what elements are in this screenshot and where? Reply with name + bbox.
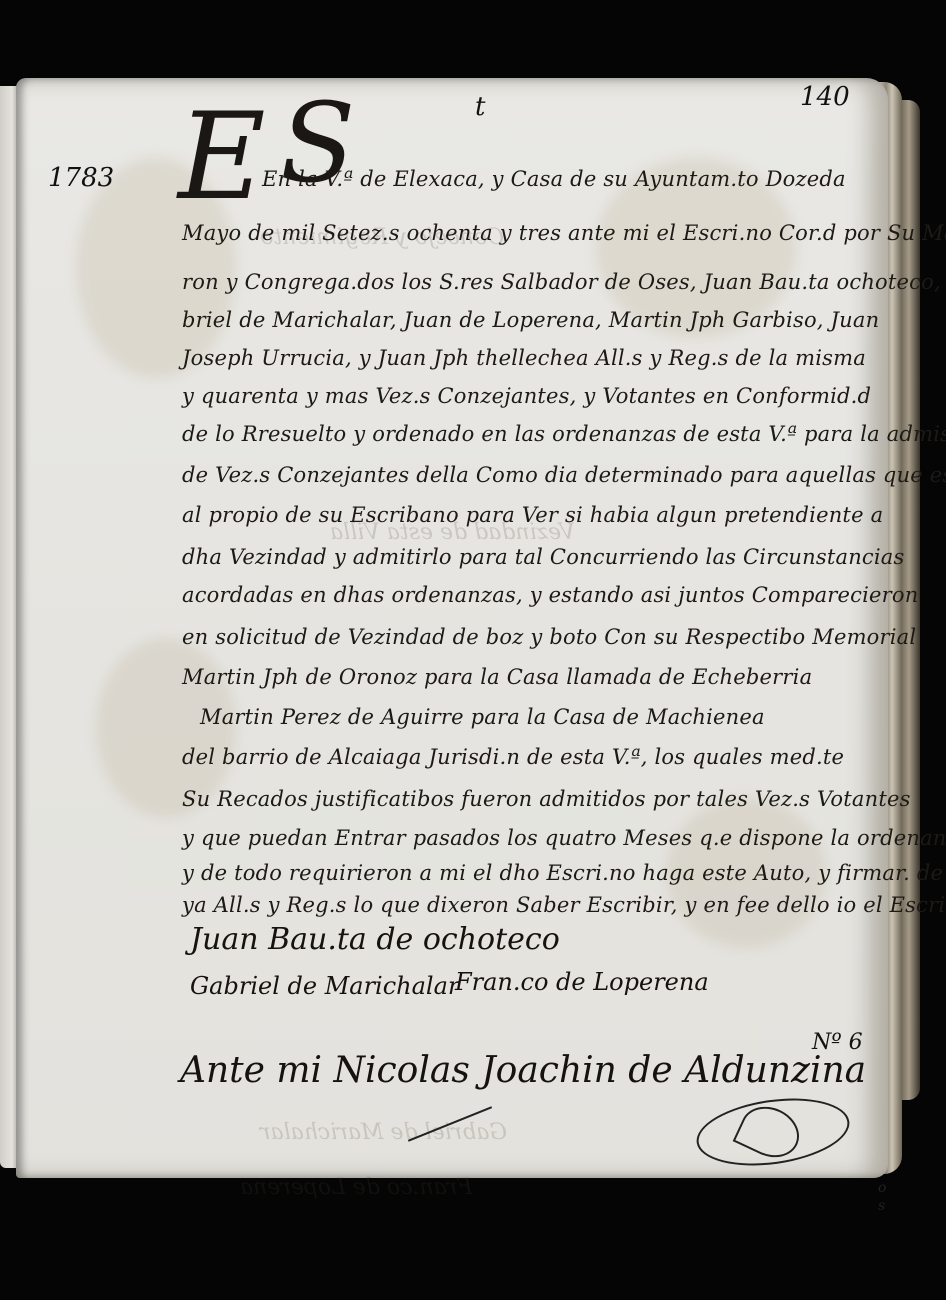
text-line-14: Martin Perez de Aguirre para la Casa de … xyxy=(200,705,765,729)
text-line-8: de Vez.s Conzejantes della Como dia dete… xyxy=(182,463,946,487)
edge-mark: o xyxy=(878,1180,886,1196)
signature-marichalar: Gabriel de Marichalar xyxy=(190,972,459,1000)
edge-mark: s xyxy=(878,1198,885,1214)
bleed-through-text: Fran.co de Loperena xyxy=(240,1175,473,1200)
text-line-5: Joseph Urrucia, y Juan Jph thellechea Al… xyxy=(182,346,866,370)
text-line-12: en solicitud de Vezindad de boz y boto C… xyxy=(182,625,916,649)
text-line-13: Martin Jph de Oronoz para la Casa llamad… xyxy=(182,665,812,689)
margin-year: 1783 xyxy=(48,163,114,193)
text-line-6: y quarenta y mas Vez.s Conzejantes, y Vo… xyxy=(182,384,871,408)
folio-number: 140 xyxy=(800,82,850,112)
notary-attestation: Ante mi Nicolas Joachin de Aldunzina xyxy=(180,1050,866,1091)
text-line-15: del barrio de Alcaiaga Jurisdi.n de esta… xyxy=(182,745,844,769)
text-line-9: al propio de su Escribano para Ver si ha… xyxy=(182,503,883,527)
text-line-3: ron y Congrega.dos los S.res Salbador de… xyxy=(182,270,946,294)
text-line-7: de lo Rresuelto y ordenado en las ordena… xyxy=(182,422,946,446)
signature-loperena: Fran.co de Loperena xyxy=(455,968,709,996)
heading-superscript: t xyxy=(475,92,485,122)
text-line-2: Mayo de mil Setez.s ochenta y tres ante … xyxy=(182,221,946,245)
text-line-1: En la V.ª de Elexaca, y Casa de su Ayunt… xyxy=(262,167,846,191)
corner-mark: Nº 6 xyxy=(812,1030,863,1055)
text-line-17: y que puedan Entrar pasados los quatro M… xyxy=(182,826,946,850)
signature-ochoteco: Juan Bau.ta de ochoteco xyxy=(190,922,560,957)
text-line-16: Su Recados justificatibos fueron admitid… xyxy=(182,787,911,811)
bleed-through-text: Gabriel de Marichalar xyxy=(260,1120,507,1145)
text-line-18: y de todo requirieron a mi el dho Escri.… xyxy=(182,861,946,885)
drop-capital-e: E xyxy=(178,98,266,218)
text-line-11: acordadas en dhas ordenanzas, y estando … xyxy=(182,583,918,607)
text-line-4: briel de Marichalar, Juan de Loperena, M… xyxy=(182,308,879,332)
text-line-19: ya All.s y Reg.s lo que dixeron Saber Es… xyxy=(182,893,946,917)
text-line-10: dha Vezindad y admitirlo para tal Concur… xyxy=(182,545,905,569)
